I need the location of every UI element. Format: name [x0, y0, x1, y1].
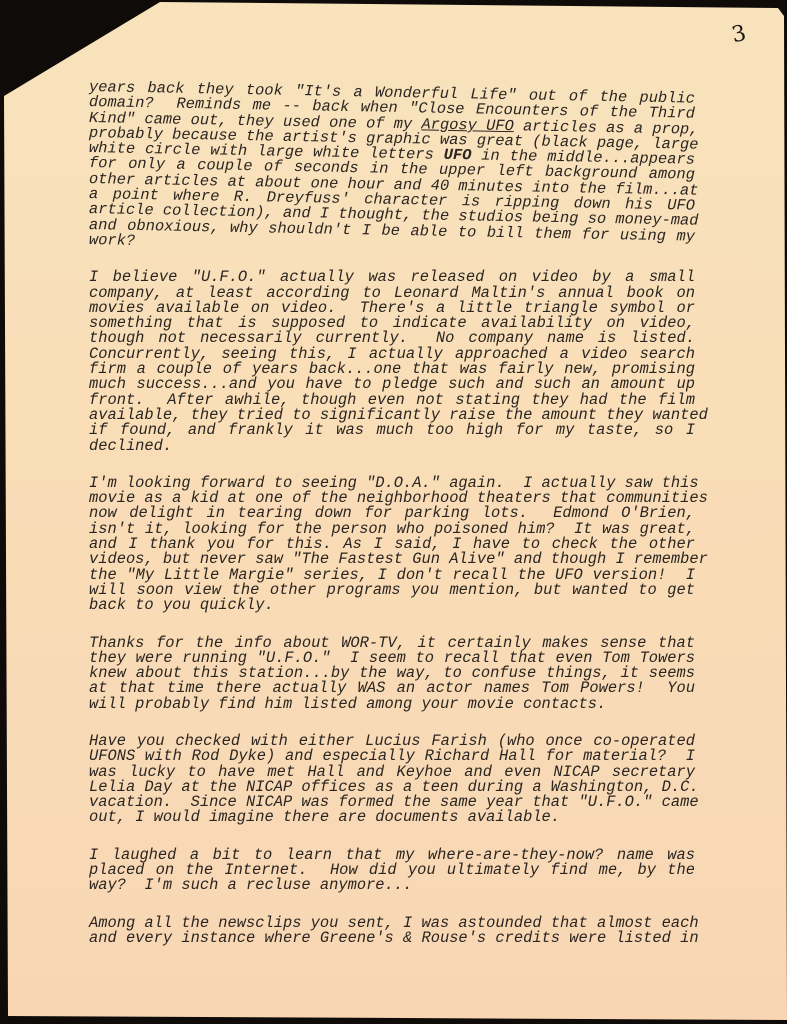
- paragraph-4: Thanks for the info about WOR-TV, it cer…: [89, 636, 695, 712]
- paragraph-5: Have you checked with either Lucius Fari…: [89, 734, 695, 826]
- text-line: out, I would imagine there are documents…: [89, 810, 695, 825]
- paragraph-7: Among all the newsclips you sent, I was …: [89, 916, 695, 947]
- text-line: if found, and frankly it was much too hi…: [89, 423, 695, 438]
- text-line: and every instance where Greene's & Rous…: [89, 931, 695, 946]
- text-line: will probably find him listed among your…: [89, 697, 695, 712]
- text-line: declined.: [89, 439, 695, 454]
- letter-page: 3 years back they took "It's a Wonderful…: [0, 0, 787, 1024]
- text-line: way? I'm such a recluse anymore...: [89, 878, 695, 893]
- paragraph-1: years back they took "It's a Wonderful L…: [89, 80, 695, 248]
- paragraph-3: I'm looking forward to seeing "D.O.A." a…: [89, 476, 695, 614]
- paragraph-6: I laughed a bit to learn that my where-a…: [89, 848, 695, 894]
- text-line: back to you quickly.: [89, 598, 695, 613]
- paragraph-2: I believe "U.F.O." actually was released…: [89, 270, 695, 454]
- page-number: 3: [730, 21, 749, 48]
- letter-body: years back they took "It's a Wonderful L…: [89, 80, 695, 968]
